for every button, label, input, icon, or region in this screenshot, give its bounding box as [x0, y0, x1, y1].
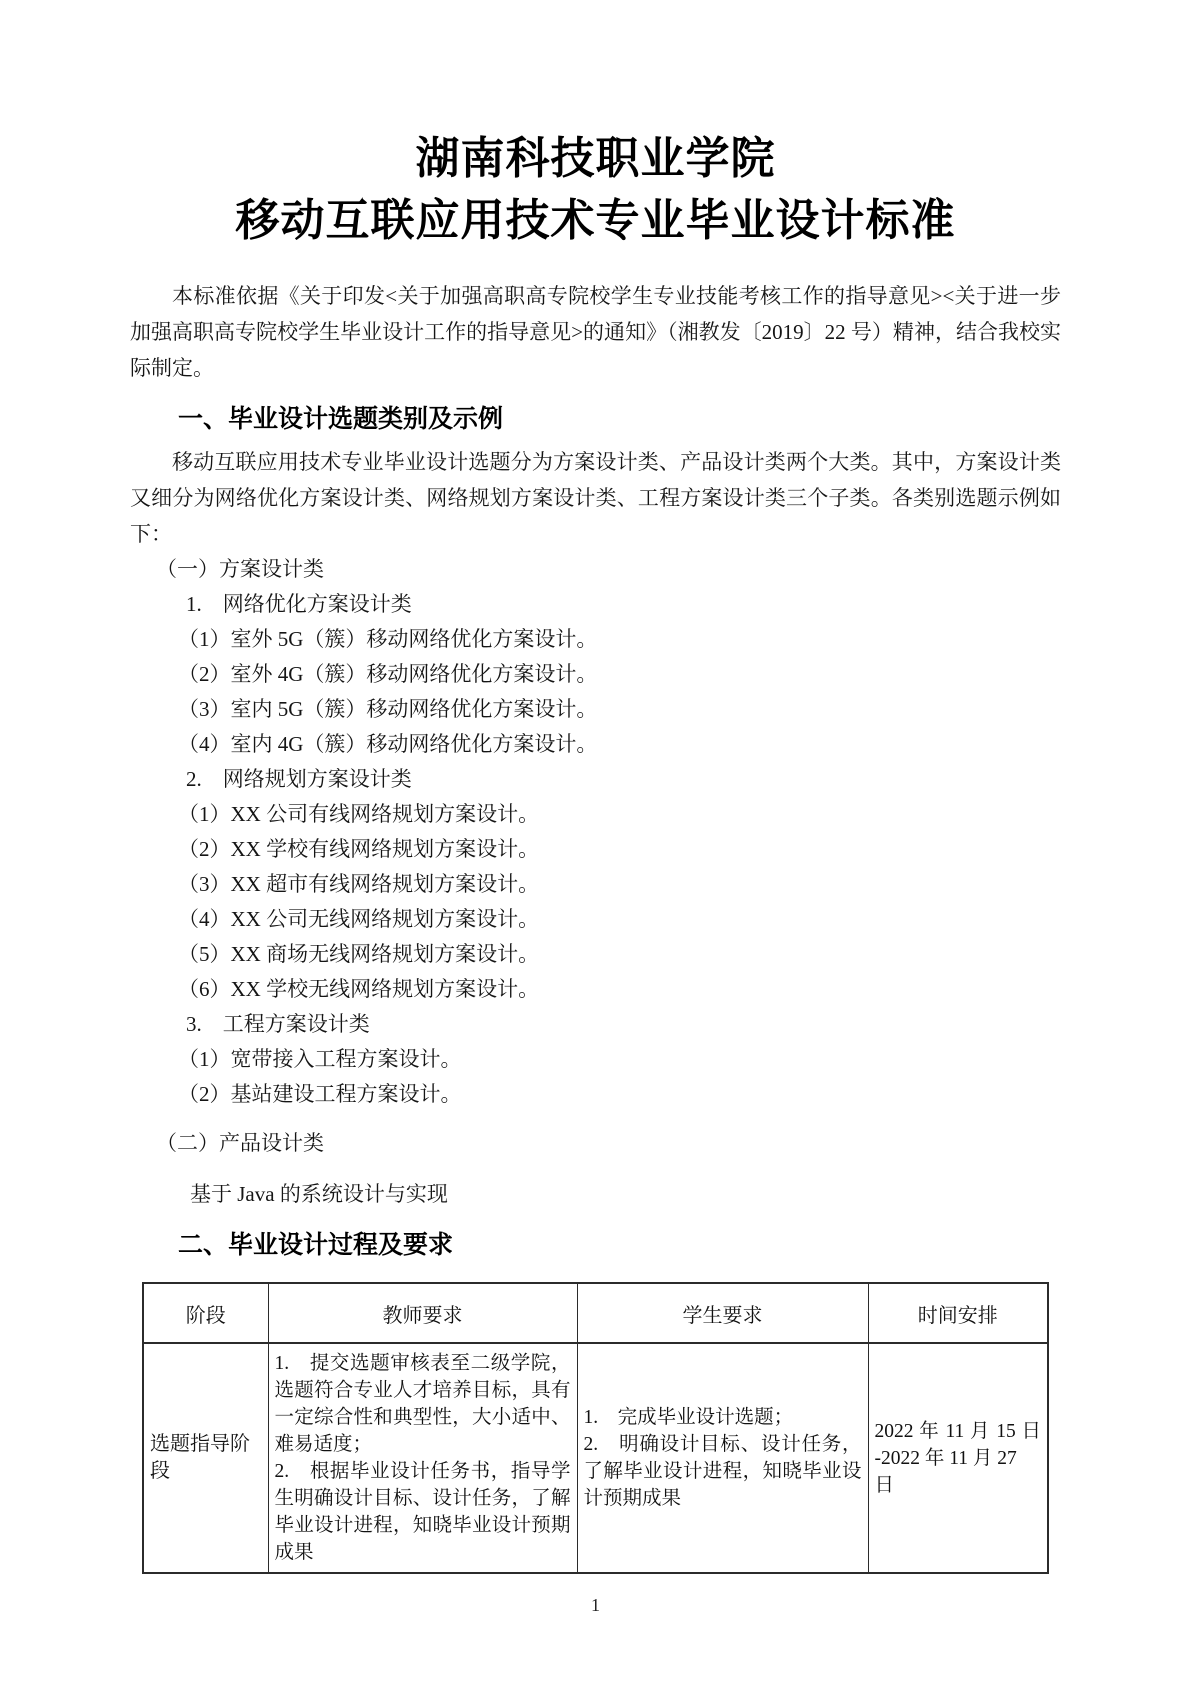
document-page: 湖南科技职业学院 移动互联应用技术专业毕业设计标准 本标准依据《关于印发<关于加… [0, 0, 1191, 1684]
list-item-topic: （2）XX 学校有线网络规划方案设计。 [130, 832, 1061, 867]
page-number: 1 [130, 1592, 1061, 1618]
section1-heading: 一、毕业设计选题类别及示例 [130, 402, 1061, 436]
list-item-topic: （4）XX 公司无线网络规划方案设计。 [130, 902, 1061, 937]
list-item-topic-java: 基于 Java 的系统设计与实现 [130, 1177, 1061, 1212]
teacher-requirement-1: 1. 提交选题审核表至二级学院，选题符合专业人才培养目标，具有一定综合性和典型性… [275, 1350, 571, 1458]
intro-paragraph: 本标准依据《关于印发<关于加强高职高专院校学生专业技能考核工作的指导意见><关于… [130, 278, 1061, 386]
table-header-row: 阶段 教师要求 学生要求 时间安排 [143, 1283, 1048, 1343]
section1-intro-paragraph: 移动互联应用技术专业毕业设计选题分为方案设计类、产品设计类两个大类。其中，方案设… [130, 444, 1061, 552]
document-title: 湖南科技职业学院 移动互联应用技术专业毕业设计标准 [130, 0, 1061, 252]
table-row: 选题指导阶段 1. 提交选题审核表至二级学院，选题符合专业人才培养目标，具有一定… [143, 1343, 1048, 1573]
list-item-topic: （3）XX 超市有线网络规划方案设计。 [130, 867, 1061, 902]
time-cell: 2022 年 11 月 15 日 -2022 年 11 月 27 日 [868, 1343, 1048, 1573]
section2-heading: 二、毕业设计过程及要求 [130, 1228, 1061, 1262]
title-line-1: 湖南科技职业学院 [130, 128, 1061, 190]
time-start: 2022 年 11 月 15 日 [875, 1418, 1042, 1445]
list-item-topic: （1）XX 公司有线网络规划方案设计。 [130, 797, 1061, 832]
list-item-topic: （2）室外 4G（簇）移动网络优化方案设计。 [130, 657, 1061, 692]
list-item-subcategory-1: 1. 网络优化方案设计类 [130, 587, 1061, 622]
col-header-time: 时间安排 [868, 1283, 1048, 1343]
topic-list: （一）方案设计类 1. 网络优化方案设计类 （1）室外 5G（簇）移动网络优化方… [130, 552, 1061, 1212]
teacher-requirements-cell: 1. 提交选题审核表至二级学院，选题符合专业人才培养目标，具有一定综合性和典型性… [268, 1343, 577, 1573]
time-end: -2022 年 11 月 27 日 [875, 1445, 1042, 1499]
title-line-2: 移动互联应用技术专业毕业设计标准 [130, 190, 1061, 252]
list-item-topic: （6）XX 学校无线网络规划方案设计。 [130, 972, 1061, 1007]
col-header-student: 学生要求 [577, 1283, 868, 1343]
list-item-category-1: （一）方案设计类 [130, 552, 1061, 587]
list-item-subcategory-2: 2. 网络规划方案设计类 [130, 762, 1061, 797]
stage-cell: 选题指导阶段 [143, 1343, 268, 1573]
list-item-subcategory-3: 3. 工程方案设计类 [130, 1007, 1061, 1042]
student-requirement-2: 2. 明确设计目标、设计任务，了解毕业设计进程，知晓毕业设计预期成果 [584, 1431, 862, 1512]
list-item-topic: （5）XX 商场无线网络规划方案设计。 [130, 937, 1061, 972]
list-item-topic: （3）室内 5G（簇）移动网络优化方案设计。 [130, 692, 1061, 727]
process-requirements-table: 阶段 教师要求 学生要求 时间安排 选题指导阶段 1. 提交选题审核表至二级学院… [142, 1282, 1049, 1574]
list-item-category-2: （二）产品设计类 [130, 1126, 1061, 1161]
student-requirements-cell: 1. 完成毕业设计选题； 2. 明确设计目标、设计任务，了解毕业设计进程，知晓毕… [577, 1343, 868, 1573]
list-item-topic: （1）宽带接入工程方案设计。 [130, 1042, 1061, 1077]
list-item-topic: （2）基站建设工程方案设计。 [130, 1077, 1061, 1112]
list-item-topic: （1）室外 5G（簇）移动网络优化方案设计。 [130, 622, 1061, 657]
student-requirement-1: 1. 完成毕业设计选题； [584, 1404, 862, 1431]
col-header-teacher: 教师要求 [268, 1283, 577, 1343]
list-item-topic: （4）室内 4G（簇）移动网络优化方案设计。 [130, 727, 1061, 762]
col-header-stage: 阶段 [143, 1283, 268, 1343]
teacher-requirement-2: 2. 根据毕业设计任务书，指导学生明确设计目标、设计任务，了解毕业设计进程，知晓… [275, 1458, 571, 1566]
